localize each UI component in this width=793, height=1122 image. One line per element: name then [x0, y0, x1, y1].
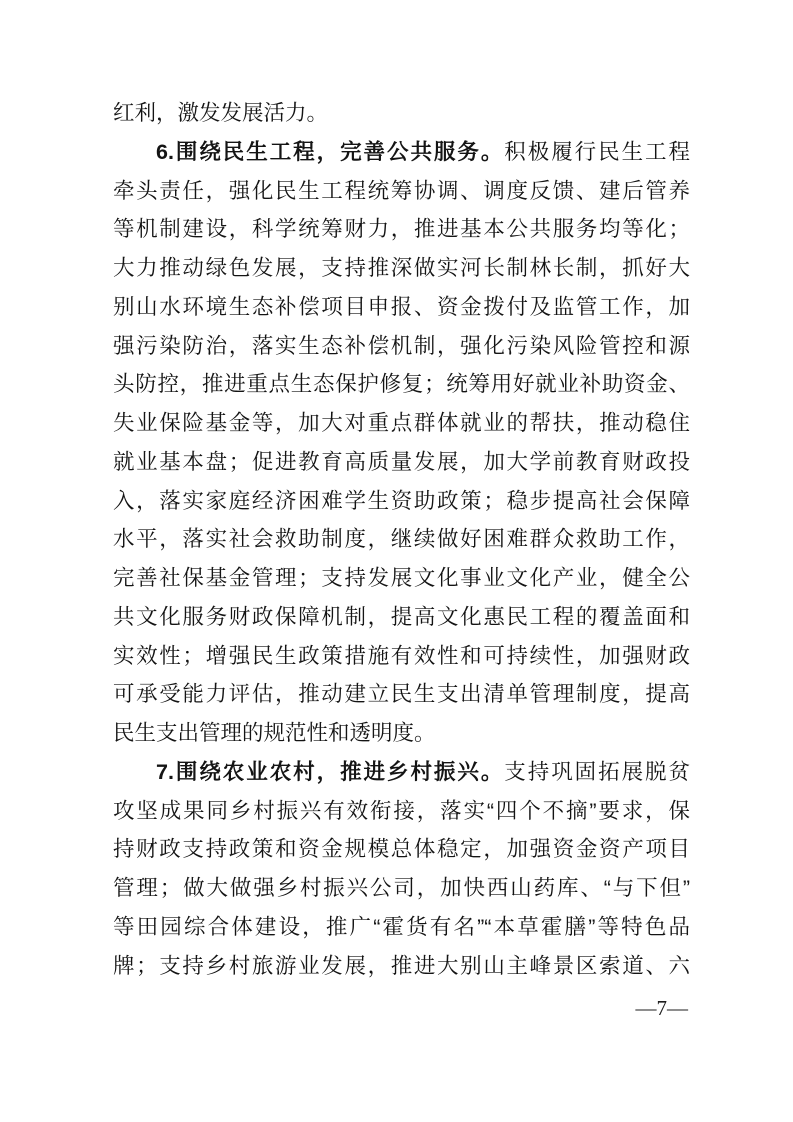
text-line: 头防控，推进重点生态保护修复；统筹用好就业补助资金、 — [113, 365, 690, 404]
line-text: 民生支出管理的规范性和透明度。 — [113, 721, 436, 745]
text-line: 就业基本盘；促进教育高质量发展，加大学前教育财政投 — [113, 443, 690, 482]
text-line: 大力推动绿色发展，支持推深做实河长制林长制，抓好大 — [113, 249, 690, 288]
line-text: 水平，落实社会救助制度，继续做好困难群众救助工作， — [113, 527, 690, 551]
text-line: 失业保险基金等，加大对重点群体就业的帮扶，推动稳住 — [113, 404, 690, 443]
text-line: 完善社保基金管理；支持发展文化事业文化产业，健全公 — [113, 559, 690, 598]
line-text: 可承受能力评估，推动建立民生支出清单管理制度，提高 — [113, 682, 690, 706]
text-line: 牵头责任，强化民生工程统筹协调、调度反馈、建后管养 — [113, 172, 690, 211]
line-text: 失业保险基金等，加大对重点群体就业的帮扶，推动稳住 — [113, 411, 690, 435]
line-text: 等机制建设，科学统筹财力，推进基本公共服务均等化； — [113, 217, 690, 241]
document-page: 红利，激发发展活力。 6.围绕民生工程，完善公共服务。积极履行民生工程 牵头责任… — [0, 0, 793, 1122]
line-text: 持财政支持政策和资金规模总体稳定，加强资金资产项目 — [113, 837, 690, 861]
text-line: 7.围绕农业农村，推进乡村振兴。支持巩固拓展脱贫 — [113, 753, 690, 792]
section-heading-6: 6.围绕民生工程，完善公共服务。 — [156, 140, 504, 164]
text-line: 实效性；增强民生政策措施有效性和可持续性，加强财政 — [113, 637, 690, 676]
text-line: 6.围绕民生工程，完善公共服务。积极履行民生工程 — [113, 133, 690, 172]
text-block: 红利，激发发展活力。 6.围绕民生工程，完善公共服务。积极履行民生工程 牵头责任… — [113, 94, 690, 985]
section-heading-7: 7.围绕农业农村，推进乡村振兴。 — [156, 760, 504, 784]
text-line: 可承受能力评估，推动建立民生支出清单管理制度，提高 — [113, 675, 690, 714]
text-line: 共文化服务财政保障机制，提高文化惠民工程的覆盖面和 — [113, 598, 690, 637]
text-line: 牌；支持乡村旅游业发展，推进大别山主峰景区索道、六 — [113, 947, 690, 986]
text-line: 红利，激发发展活力。 — [113, 94, 690, 133]
page-number: —7— — [636, 996, 689, 1020]
line-text: 入，落实家庭经济困难学生资助政策；稳步提高社会保障 — [113, 489, 690, 513]
line-text: 完善社保基金管理；支持发展文化事业文化产业，健全公 — [113, 566, 690, 590]
line-text: 牌；支持乡村旅游业发展，推进大别山主峰景区索道、六 — [113, 954, 690, 978]
text-line: 入，落实家庭经济困难学生资助政策；稳步提高社会保障 — [113, 482, 690, 521]
text-line: 别山水环境生态补偿项目申报、资金拨付及监管工作，加 — [113, 288, 690, 327]
line-text: 强污染防治，落实生态补偿机制，强化污染风险管控和源 — [113, 334, 690, 358]
text-line: 水平，落实社会救助制度，继续做好困难群众救助工作， — [113, 520, 690, 559]
text-line: 民生支出管理的规范性和透明度。 — [113, 714, 690, 753]
line-text: 头防控，推进重点生态保护修复；统筹用好就业补助资金、 — [113, 372, 690, 396]
line-text: 别山水环境生态补偿项目申报、资金拨付及监管工作，加 — [113, 295, 690, 319]
line-text: 攻坚成果同乡村振兴有效衔接，落实“四个不摘”要求，保 — [113, 799, 690, 823]
text-line: 管理；做大做强乡村振兴公司，加快西山药库、“与下但” — [113, 869, 690, 908]
line-text: 就业基本盘；促进教育高质量发展，加大学前教育财政投 — [113, 450, 690, 474]
line-text: 牵头责任，强化民生工程统筹协调、调度反馈、建后管养 — [113, 179, 690, 203]
text-line: 强污染防治，落实生态补偿机制，强化污染风险管控和源 — [113, 327, 690, 366]
text-line: 等田园综合体建设，推广“霍货有名”“本草霍膳”等特色品 — [113, 908, 690, 947]
line-text: 管理；做大做强乡村振兴公司，加快西山药库、“与下但” — [113, 876, 690, 900]
line-text: 实效性；增强民生政策措施有效性和可持续性，加强财政 — [113, 644, 690, 668]
line-text: 等田园综合体建设，推广“霍货有名”“本草霍膳”等特色品 — [113, 915, 690, 939]
text-line: 等机制建设，科学统筹财力，推进基本公共服务均等化； — [113, 210, 690, 249]
text-line: 持财政支持政策和资金规模总体稳定，加强资金资产项目 — [113, 830, 690, 869]
line-text: 积极履行民生工程 — [504, 140, 690, 164]
line-text: 红利，激发发展活力。 — [113, 101, 328, 125]
line-text: 支持巩固拓展脱贫 — [504, 760, 690, 784]
line-text: 大力推动绿色发展，支持推深做实河长制林长制，抓好大 — [113, 256, 690, 280]
text-line: 攻坚成果同乡村振兴有效衔接，落实“四个不摘”要求，保 — [113, 792, 690, 831]
line-text: 共文化服务财政保障机制，提高文化惠民工程的覆盖面和 — [113, 605, 690, 629]
